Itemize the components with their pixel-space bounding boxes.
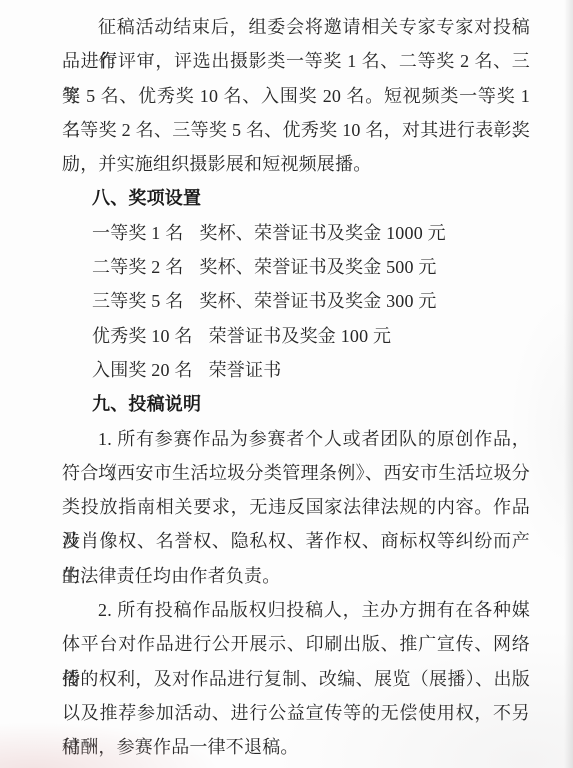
- text-line: 及肖像权、名誉权、隐私权、著作权、商标权等纠纷而产生: [62, 524, 530, 558]
- text-line: 奖 5 名、优秀奖 10 名、入围奖 20 名。短视频类一等奖 1 名、: [62, 79, 530, 113]
- award-rank-label: 三等奖 5 名: [92, 291, 183, 311]
- award-prize-description: 奖杯、荣誉证书及奖金 300 元: [199, 291, 436, 311]
- text-line: 稿酬，参赛作品一律不退稿。: [62, 730, 530, 764]
- text-line: 励，并实施组织摄影展和短视频展播。: [62, 147, 530, 181]
- text-line: 播的权利，及对作品进行复制、改编、展览（展播）、出版: [62, 662, 530, 696]
- award-prize-description: 荣誉证书及奖金 100 元: [209, 326, 392, 346]
- text-line: 体平台对作品进行公开展示、印刷出版、推广宣传、网络传: [62, 627, 530, 661]
- document-text: 征稿活动结束后，组委会将邀请相关专家专家对投稿作品进行评审，评选出摄影类一等奖 …: [62, 10, 530, 765]
- award-row: 入围奖 20 名荣誉证书: [62, 353, 530, 387]
- text-line: 符合《西安市生活垃圾分类管理条例》、西安市生活垃圾分: [62, 456, 530, 490]
- award-row: 一等奖 1 名奖杯、荣誉证书及奖金 1000 元: [62, 216, 530, 250]
- text-line: 品进行评审，评选出摄影类一等奖 1 名、二等奖 2 名、三等: [62, 44, 530, 78]
- award-row: 二等奖 2 名奖杯、荣誉证书及奖金 500 元: [62, 250, 530, 284]
- section-heading: 八、奖项设置: [62, 181, 530, 215]
- text-line: 2. 所有投稿作品版权归投稿人，主办方拥有在各种媒: [62, 593, 530, 627]
- scanned-document: { "style": { "paper_color": "#fdfdfd", "…: [0, 0, 573, 768]
- award-rank-label: 入围奖 20 名: [92, 360, 193, 380]
- document-page: 征稿活动结束后，组委会将邀请相关专家专家对投稿作品进行评审，评选出摄影类一等奖 …: [0, 0, 573, 768]
- text-line: 二等奖 2 名、三等奖 5 名、优秀奖 10 名，对其进行表彰奖: [62, 113, 530, 147]
- section-heading: 九、投稿说明: [62, 387, 530, 421]
- text-line: 类投放指南相关要求，无违反国家法律法规的内容。作品涉: [62, 490, 530, 524]
- award-rank-label: 一等奖 1 名: [92, 223, 183, 243]
- text-line: 征稿活动结束后，组委会将邀请相关专家专家对投稿作: [62, 10, 530, 44]
- award-row: 优秀奖 10 名荣誉证书及奖金 100 元: [62, 319, 530, 353]
- award-prize-description: 奖杯、荣誉证书及奖金 500 元: [199, 257, 436, 277]
- award-prize-description: 奖杯、荣誉证书及奖金 1000 元: [199, 223, 445, 243]
- text-line: 1. 所有参赛作品为参赛者个人或者团队的原创作品，均: [62, 422, 530, 456]
- award-rank-label: 优秀奖 10 名: [92, 326, 193, 346]
- text-line: 以及推荐参加活动、进行公益宣传等的无偿使用权，不另付: [62, 696, 530, 730]
- award-rank-label: 二等奖 2 名: [92, 257, 183, 277]
- text-line: 的法律责任均由作者负责。: [62, 559, 530, 593]
- award-row: 三等奖 5 名奖杯、荣誉证书及奖金 300 元: [62, 284, 530, 318]
- award-prize-description: 荣誉证书: [209, 360, 282, 380]
